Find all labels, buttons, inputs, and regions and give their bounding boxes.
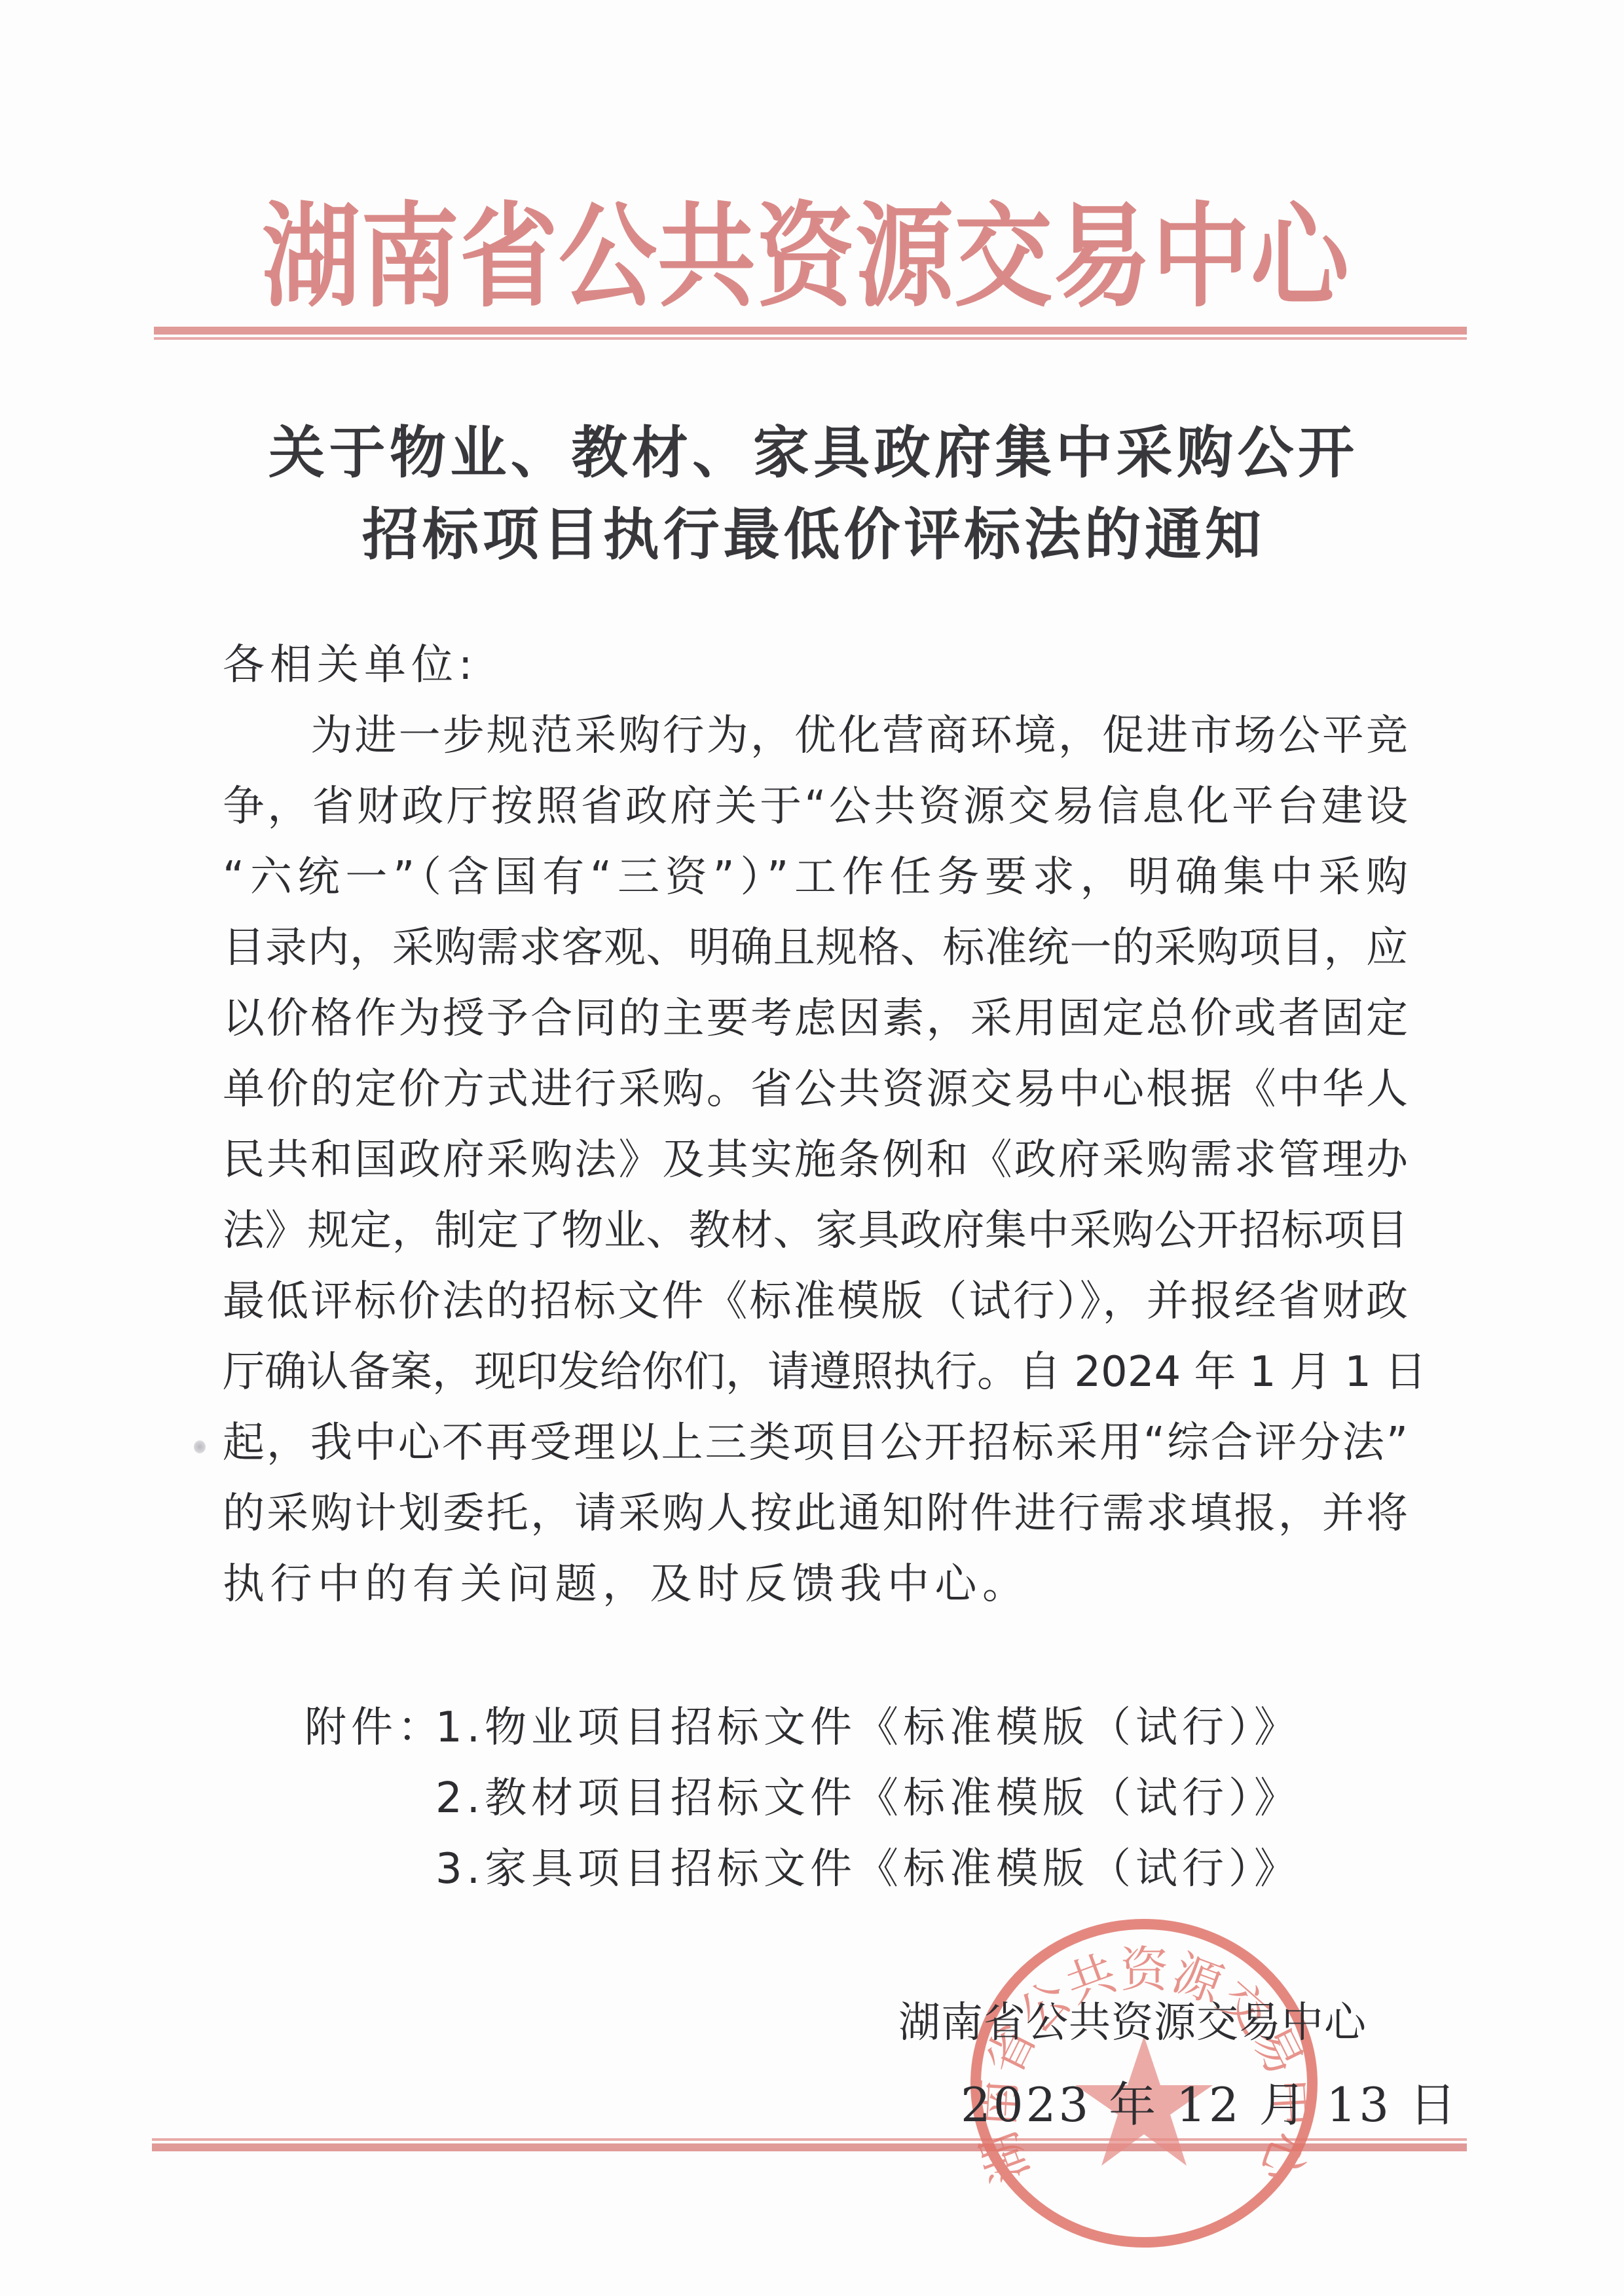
letterhead-char: 省 [460, 181, 558, 332]
body-line: “六统一”（含国有“三资”）”工作任务要求，明确集中采购 [223, 842, 1408, 913]
signature-char: 共 [1069, 1990, 1111, 2056]
signature-char: 省 [984, 1990, 1025, 2056]
letterhead-char: 湖 [262, 181, 360, 332]
signature-char: 易 [1239, 1990, 1281, 2056]
body-line: 争，省财政厅按照省政府关于“公共资源交易信息化平台建设 [223, 771, 1408, 842]
body-line: 厅确认备案，现印发给你们，请遵照执行。自 2024 年 1 月 1 日 [223, 1337, 1408, 1408]
header-rule-thick [154, 327, 1467, 335]
signature-char: 中 [1282, 1990, 1323, 2056]
letterhead-char: 交 [954, 181, 1052, 332]
body-line: 的采购计划委托，请采购人按此通知附件进行需求填报，并将 [223, 1478, 1408, 1549]
body-line: 目录内，采购需求客观、明确且规格、标准统一的采购项目，应 [223, 913, 1408, 983]
document-title-line-2: 招标项目执行最低价评标法的通知 [362, 499, 1263, 571]
header-rule-thin [154, 337, 1467, 340]
body-line-final: 执行中的有关问题，及时反馈我中心。 [223, 1549, 1408, 1620]
letterhead-char: 易 [1053, 181, 1151, 332]
signature-char: 公 [1026, 1990, 1068, 2056]
salutation: 各相关单位: [223, 630, 478, 701]
attachment-item[interactable]: 2.教材项目招标文件《标准模版（试行）》 [435, 1763, 1301, 1834]
signature-char: 源 [1154, 1990, 1196, 2056]
signature-char: 交 [1196, 1990, 1238, 2056]
body-line: 最低评标价法的招标文件《标准模版（试行）》，并报经省财政 [223, 1266, 1408, 1337]
body-line: 以价格作为授予合同的主要考虑因素，采用固定总价或者固定 [223, 983, 1408, 1054]
signature-char: 湖 [898, 1990, 940, 2056]
attachment-item[interactable]: 3.家具项目招标文件《标准模版（试行）》 [435, 1834, 1301, 1904]
body-line: 民共和国政府采购法》及其实施条例和《政府采购需求管理办 [223, 1125, 1408, 1195]
letterhead-char: 共 [657, 181, 756, 332]
attachments-label: 附件： [304, 1692, 444, 1763]
attachment-item[interactable]: 1.物业项目招标文件《标准模版（试行）》 [435, 1692, 1301, 1763]
body-line: 单价的定价方式进行采购。省公共资源交易中心根据《中华人 [223, 1054, 1408, 1125]
letterhead-org-name: 湖 南 省 公 共 资 源 交 易 中 心 [262, 191, 1349, 322]
letterhead-char: 资 [756, 181, 855, 332]
signature-char: 资 [1111, 1990, 1153, 2056]
scan-artifact [194, 1440, 206, 1453]
letterhead-char: 心 [1251, 181, 1349, 332]
letterhead-char: 中 [1152, 181, 1250, 332]
letterhead-char: 南 [361, 181, 459, 332]
letterhead-char: 公 [559, 181, 657, 332]
body-line: 起，我中心不再受理以上三类项目公开招标采用“综合评分法” [223, 1408, 1408, 1478]
signature-char: 心 [1324, 1990, 1366, 2056]
letterhead-char: 源 [855, 181, 953, 332]
body-line: 为进一步规范采购行为，优化营商环境，促进市场公平竞 [223, 701, 1408, 771]
body-line: 法》规定，制定了物业、教材、家具政府集中采购公开招标项目 [223, 1195, 1408, 1266]
signature-char: 南 [941, 1990, 983, 2056]
signature-date: 2023 年 12 月 13 日 [961, 2072, 1459, 2138]
signature-org: 湖 南 省 公 共 资 源 交 易 中 心 [898, 1990, 1366, 2056]
document-title-line-1: 关于物业、教材、家具政府集中采购公开 [268, 417, 1356, 489]
